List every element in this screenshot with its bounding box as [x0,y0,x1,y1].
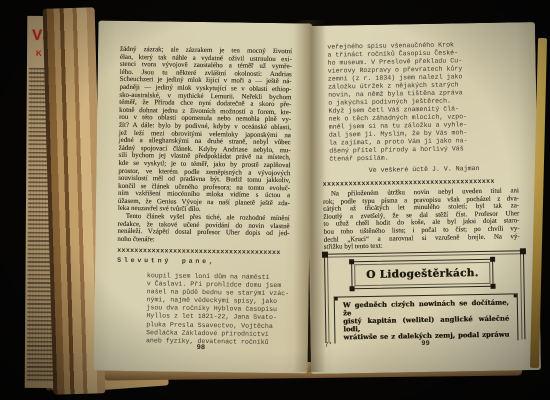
clipping-text-frame: W gedněch cizých nowinách se dočítáme, ž… [334,293,519,343]
letter-body-continued: veřejného spisu všenaučného Kroka třinác… [327,41,469,163]
separator-row: xxxxxxxxxxxxxxxxxxxxxxxxxxxxxxxxxxxxxxxx [323,178,505,188]
page-number-left: 98 [94,342,308,353]
separator-row: xxxxxxxxxxxxxxxxxxxxxxxxxxxxxxxxxxxxxx [117,247,289,256]
frame-corner-ornament [322,252,328,258]
clipping-title: O Lidogeštěrkách. [352,260,492,288]
newspaper-clipping-frame: O Lidogeštěrkách. W gedněch cizých nowin… [324,250,526,342]
text-line: čtenář posílám. [329,153,469,163]
letter-salutation: Slevutný pane, [117,257,216,265]
left-page: žádný zázrak; ale zázrakem je ten mocný … [94,21,313,374]
frame-corner-ornament [334,296,338,301]
left-page-paragraph-1: žádný zázrak; ale zázrakem je ten mocný … [118,46,292,215]
clipping-title-box: O Lidogeštěrkách. [351,259,493,289]
clipping-body-blackletter: W gedněch cizých nowinách se dočítáme, ž… [343,300,510,344]
frame-corner-ornament [520,248,526,254]
open-book-photo: Válk KA žádný zázrak; ale zázrakem je te… [0,0,550,400]
left-page-paragraph-2: Tento článek vyšel přes tiché, ale rozho… [117,213,289,246]
letter-body: koupil jsem loni dům na náměstív Čáslavi… [146,272,285,347]
right-page-paragraph: Na přiloženém útržku novin nebyl uveden … [323,187,520,251]
frame-corner-ornament [514,293,519,297]
letter-signoff: Ve veškeré úctě J. V. Najman [329,165,479,175]
right-page: veřejného spisu všenaučného Kroka třinác… [305,22,541,374]
